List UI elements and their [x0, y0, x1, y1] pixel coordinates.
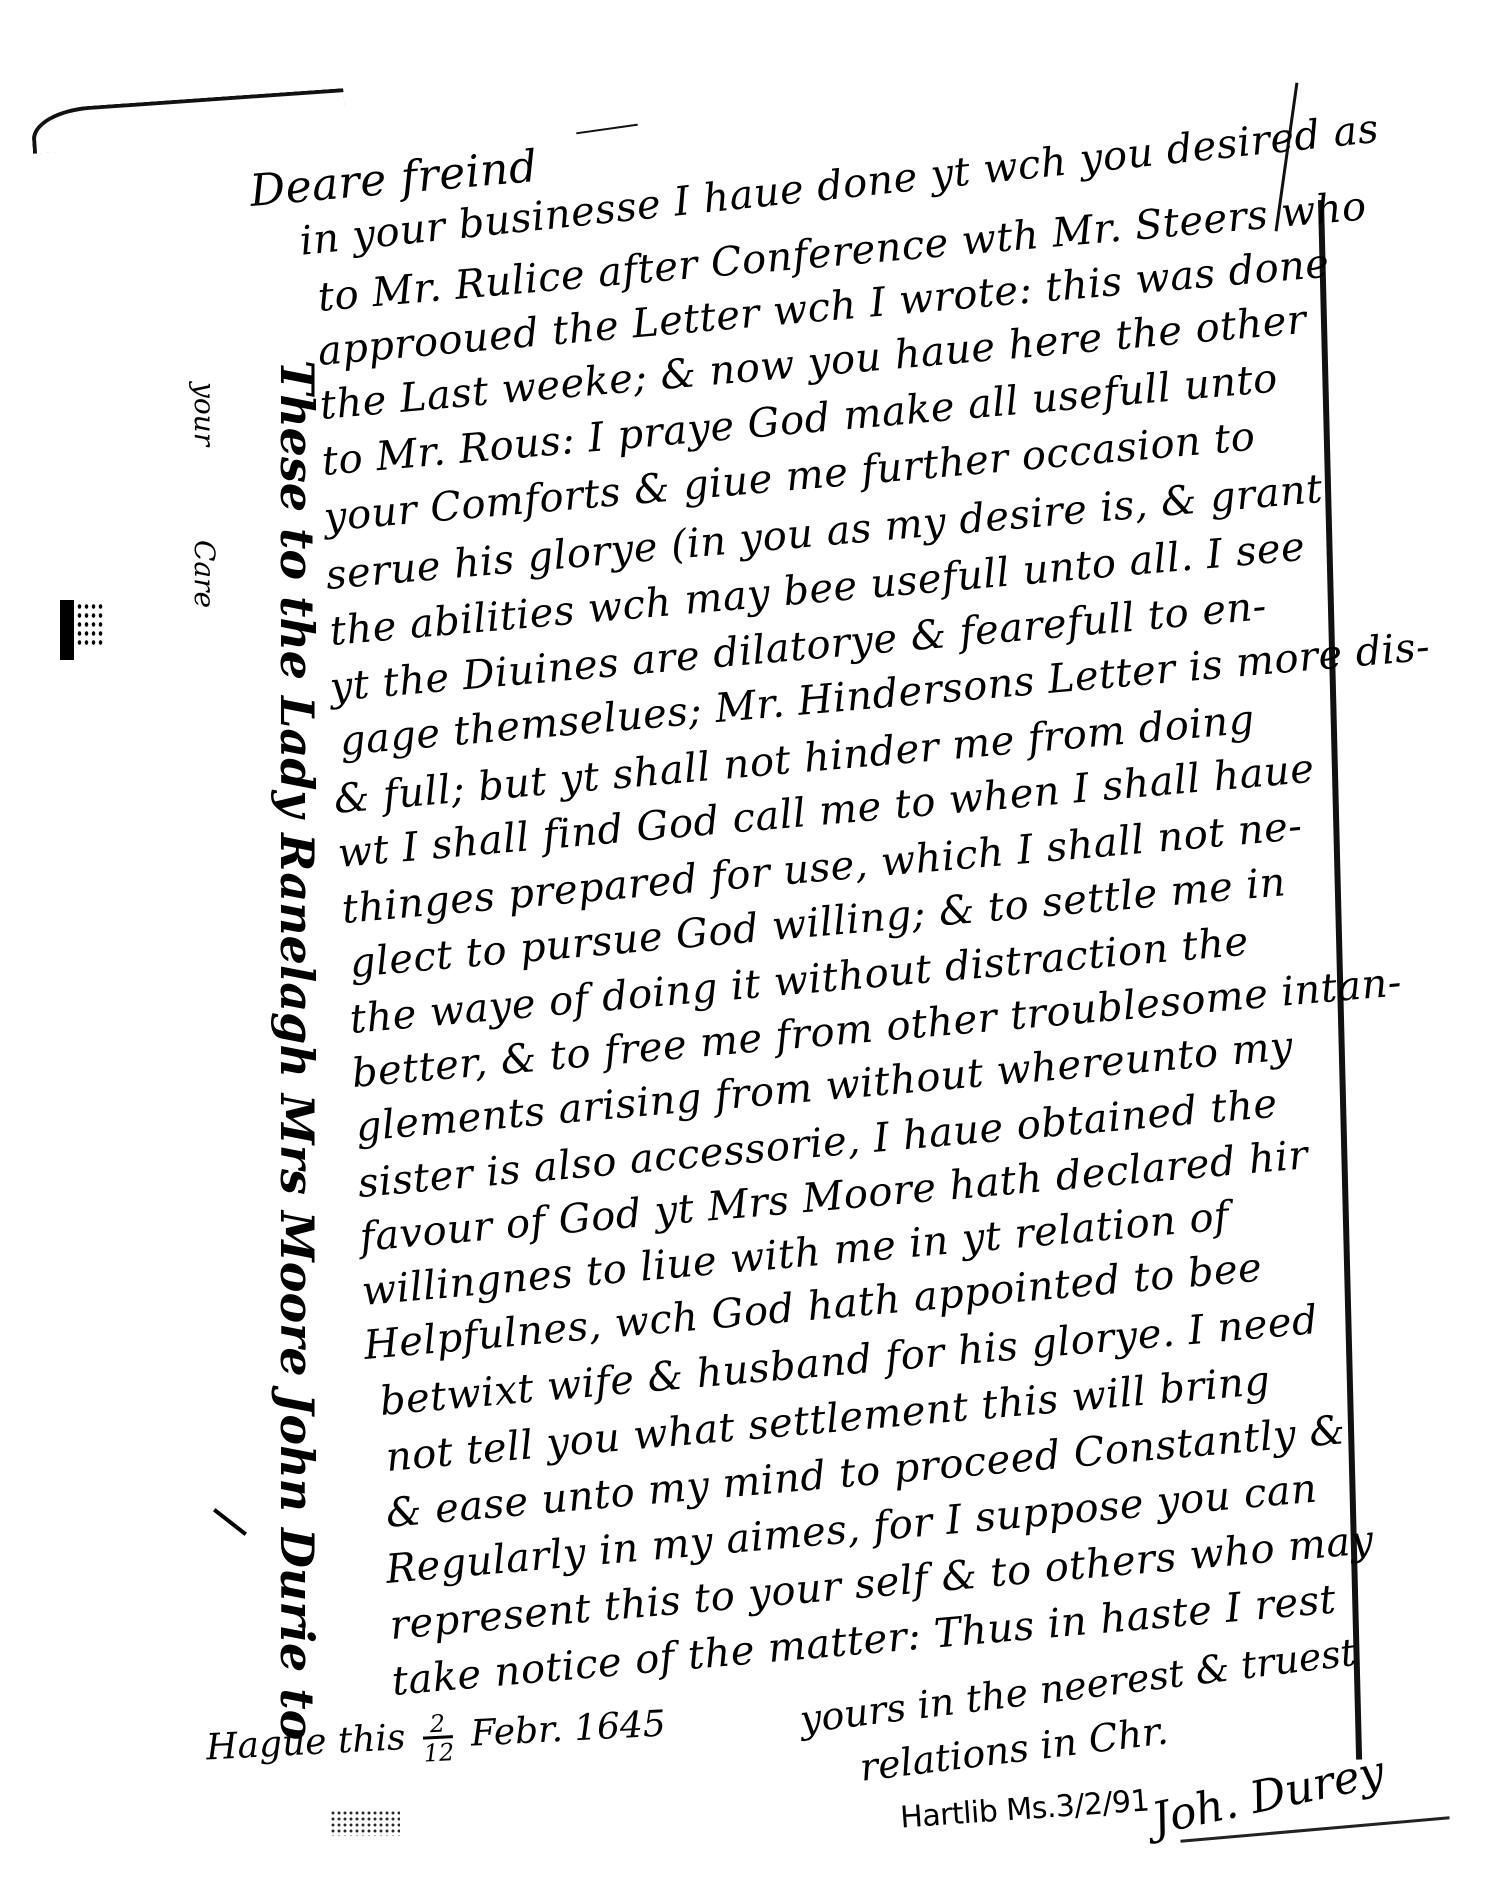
date-denominator: 12: [423, 1738, 455, 1766]
letter-body: Deare freind in your businesse I haue do…: [0, 0, 1496, 1884]
date-numerator: 2: [422, 1711, 454, 1740]
date-fraction: 2 12: [422, 1711, 455, 1766]
manuscript-page: These to the Lady Ranelagh Mrs Moore Joh…: [0, 0, 1496, 1884]
date-prefix: Hague this: [205, 1717, 406, 1768]
date-suffix: Febr. 1645: [470, 1703, 667, 1754]
